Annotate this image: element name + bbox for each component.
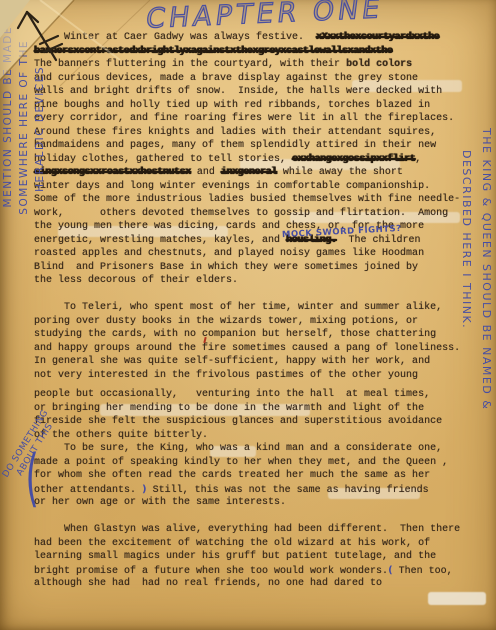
typed-text: The banners fluttering in the courtyard,… [34, 59, 346, 70]
typescript-line: poring over dusty books in the wizards t… [34, 315, 474, 329]
typescript-line: singxsongsxxroastxxhestnutsx and inxgene… [34, 166, 474, 180]
typed-text: Around these fires knights and ladies wi… [34, 127, 436, 138]
struck-out-text: exxhangexgossipxxflirt [292, 154, 415, 165]
typescript-line: bright promise of a future when she too … [34, 564, 474, 578]
typescript-line: although she had had no real friends, no… [34, 577, 474, 591]
typed-text: In general she was quite self-sufficient… [34, 356, 430, 367]
typed-text: roasted apples and chestnuts, and played… [34, 248, 424, 259]
typed-text: When Glastyn was alive, everything had b… [34, 524, 460, 535]
typed-text: Blind and Prisoners Base in which they w… [34, 262, 418, 273]
typed-text: not very interested in the frivolous pas… [34, 370, 418, 381]
typescript-line: To Teleri, who spent most of her time, w… [34, 301, 474, 315]
typed-text: holiday clothes, gathered to tell storie… [34, 154, 292, 165]
typescript-line: Some of the more industrious ladies busi… [34, 193, 474, 207]
typed-text: Some of the more industrious ladies busi… [34, 194, 460, 205]
typescript-line: work, others devoted themselves to gossi… [34, 207, 474, 221]
typed-text: Still, this was not the same as having f… [147, 485, 429, 496]
typescript-line: of the others quite bitterly. [34, 429, 474, 443]
typescript-line: walls and bright drifts of snow. Inside,… [34, 85, 474, 99]
typed-text: or her own age or with the same interest… [34, 497, 286, 508]
typescript-line: studying the cards, with no companion bu… [34, 328, 474, 342]
typescript-line: holiday clothes, gathered to tell storie… [34, 153, 474, 167]
typescript-line [34, 288, 474, 302]
typed-text: bright promise of a future when she too … [34, 566, 388, 577]
typescript-line: for whom she often read the cards treate… [34, 469, 474, 483]
left-margin-note-line2: SOMEWHERE HERE OF THE [17, 40, 31, 215]
struck-out-text: inxgeneral [221, 167, 277, 178]
struck-out-text: xXxxthexcourtyardxxthe [316, 32, 439, 43]
typed-text: , [415, 154, 421, 165]
typescript-line: other attendants. ) Still, this was not … [34, 483, 474, 497]
typed-text: bold colors [346, 59, 412, 70]
typed-text: made a point of speaking kindly to her w… [34, 457, 448, 468]
typescript-line: made a point of speaking kindly to her w… [34, 456, 474, 470]
typed-text: and happy groups around the fire sometim… [34, 343, 460, 354]
typescript-line: energetic, wrestling matches, kayles, an… [34, 234, 474, 248]
typescript-line: had been the excitement of watching the … [34, 537, 474, 551]
typescript-line: or her own age or with the same interest… [34, 496, 474, 510]
left-margin-note-line1: MENTION SHOULD BE MADE [1, 26, 15, 207]
typescript-line: the young men there was dicing, cards an… [34, 220, 474, 234]
typescript-line: handmaidens and pages, many of them sple… [34, 139, 474, 153]
typescript-line: fireside she felt the suspicious glances… [34, 415, 474, 429]
typescript-line: or bringing her mending to be done in th… [34, 402, 474, 416]
typescript-line: pine boughs and holly tied up with red r… [34, 99, 474, 113]
right-margin-note-line1: THE KING & QUEEN SHOULD BE NAMED & [479, 128, 493, 410]
typed-text: other attendants. [34, 485, 142, 496]
typescript-line: In general she was quite self-sufficient… [34, 355, 474, 369]
typed-text: Winter at Caer Gadwy was always festive. [34, 32, 316, 43]
typed-text: had been the excitement of watching the … [34, 538, 430, 549]
typescript-line: The banners fluttering in the courtyard,… [34, 58, 474, 72]
typescript-line: Blind and Prisoners Base in which they w… [34, 261, 474, 275]
typescript-line: every corridor, and fine roaring fires w… [34, 112, 474, 126]
typed-text: learning small magics under his gruff bu… [34, 551, 436, 562]
typed-text: while away the short [277, 167, 403, 178]
typescript-line: and curious devices, made a brave displa… [34, 72, 474, 86]
manuscript-page: Winter at Caer Gadwy was always festive.… [0, 0, 496, 630]
typed-text: winter days and long winter evenings in … [34, 181, 430, 192]
typed-text: for whom she often read the cards treate… [34, 470, 430, 481]
typescript-line: not very interested in the frivolous pas… [34, 369, 474, 383]
struck-out-text: singxsongsxxroastxxhestnutsx [34, 167, 191, 178]
typed-text: and [191, 167, 221, 178]
whiteout-patch [428, 592, 486, 605]
typed-text: To Teleri, who spent most of her time, w… [34, 302, 442, 313]
typed-text: the less decorous of their elders. [34, 275, 238, 286]
typescript-line: roasted apples and chestnuts, and played… [34, 247, 474, 261]
typed-text: walls and bright drifts of snow. Inside,… [34, 86, 442, 97]
typed-text: and curious devices, made a brave displa… [34, 73, 418, 84]
typed-text: poring over dusty books in the wizards t… [34, 316, 418, 327]
typescript-line: Around these fires knights and ladies wi… [34, 126, 474, 140]
typed-text: handmaidens and pages, many of them sple… [34, 140, 436, 151]
typescript: Winter at Caer Gadwy was always festive.… [34, 31, 474, 591]
typescript-line: winter days and long winter evenings in … [34, 180, 474, 194]
typed-text: work, others devoted themselves to gossi… [34, 208, 448, 219]
right-margin-note-line2: DESCRIBED HERE I THINK. [459, 150, 473, 329]
typed-text: people but occasionally, venturing into … [34, 389, 430, 400]
chapter-title-handwritten: CHAPTER ONE [144, 0, 408, 35]
typed-text: pine boughs and holly tied up with red r… [34, 100, 430, 111]
struck-out-text: bannersxcontrastedxbrightlyxagainstxthex… [34, 46, 392, 57]
typed-text: every corridor, and fine roaring fires w… [34, 113, 454, 124]
typed-text: although she had had no real friends, no… [34, 578, 382, 589]
typed-text: energetic, wrestling matches, kayles, an… [34, 235, 286, 246]
typescript-line: Winter at Caer Gadwy was always festive.… [34, 31, 474, 45]
typescript-line [34, 510, 474, 524]
typescript-line: learning small magics under his gruff bu… [34, 550, 474, 564]
typed-text: or bringing her mending to be done in th… [34, 403, 424, 414]
typed-text: Then too, [393, 566, 453, 577]
typescript-line: bannersxcontrastedxbrightlyxagainstxthex… [34, 45, 474, 59]
typed-text: of the others quite bitterly. [34, 430, 208, 441]
typed-text: studying the cards, with no companion bu… [34, 329, 436, 340]
left-margin-note-line3: HERALDIC DEVICES [33, 66, 47, 192]
typed-text: fireside she felt the suspicious glances… [34, 416, 442, 427]
typescript-line: the less decorous of their elders. [34, 274, 474, 288]
typescript-line: To be sure, the King, who was a kind man… [34, 442, 474, 456]
typescript-line: and happy groups around the fire sometim… [34, 342, 474, 356]
typescript-line: When Glastyn was alive, everything had b… [34, 523, 474, 537]
typed-text: To be sure, the King, who was a kind man… [34, 443, 442, 454]
typescript-line: people but occasionally, venturing into … [34, 388, 474, 402]
